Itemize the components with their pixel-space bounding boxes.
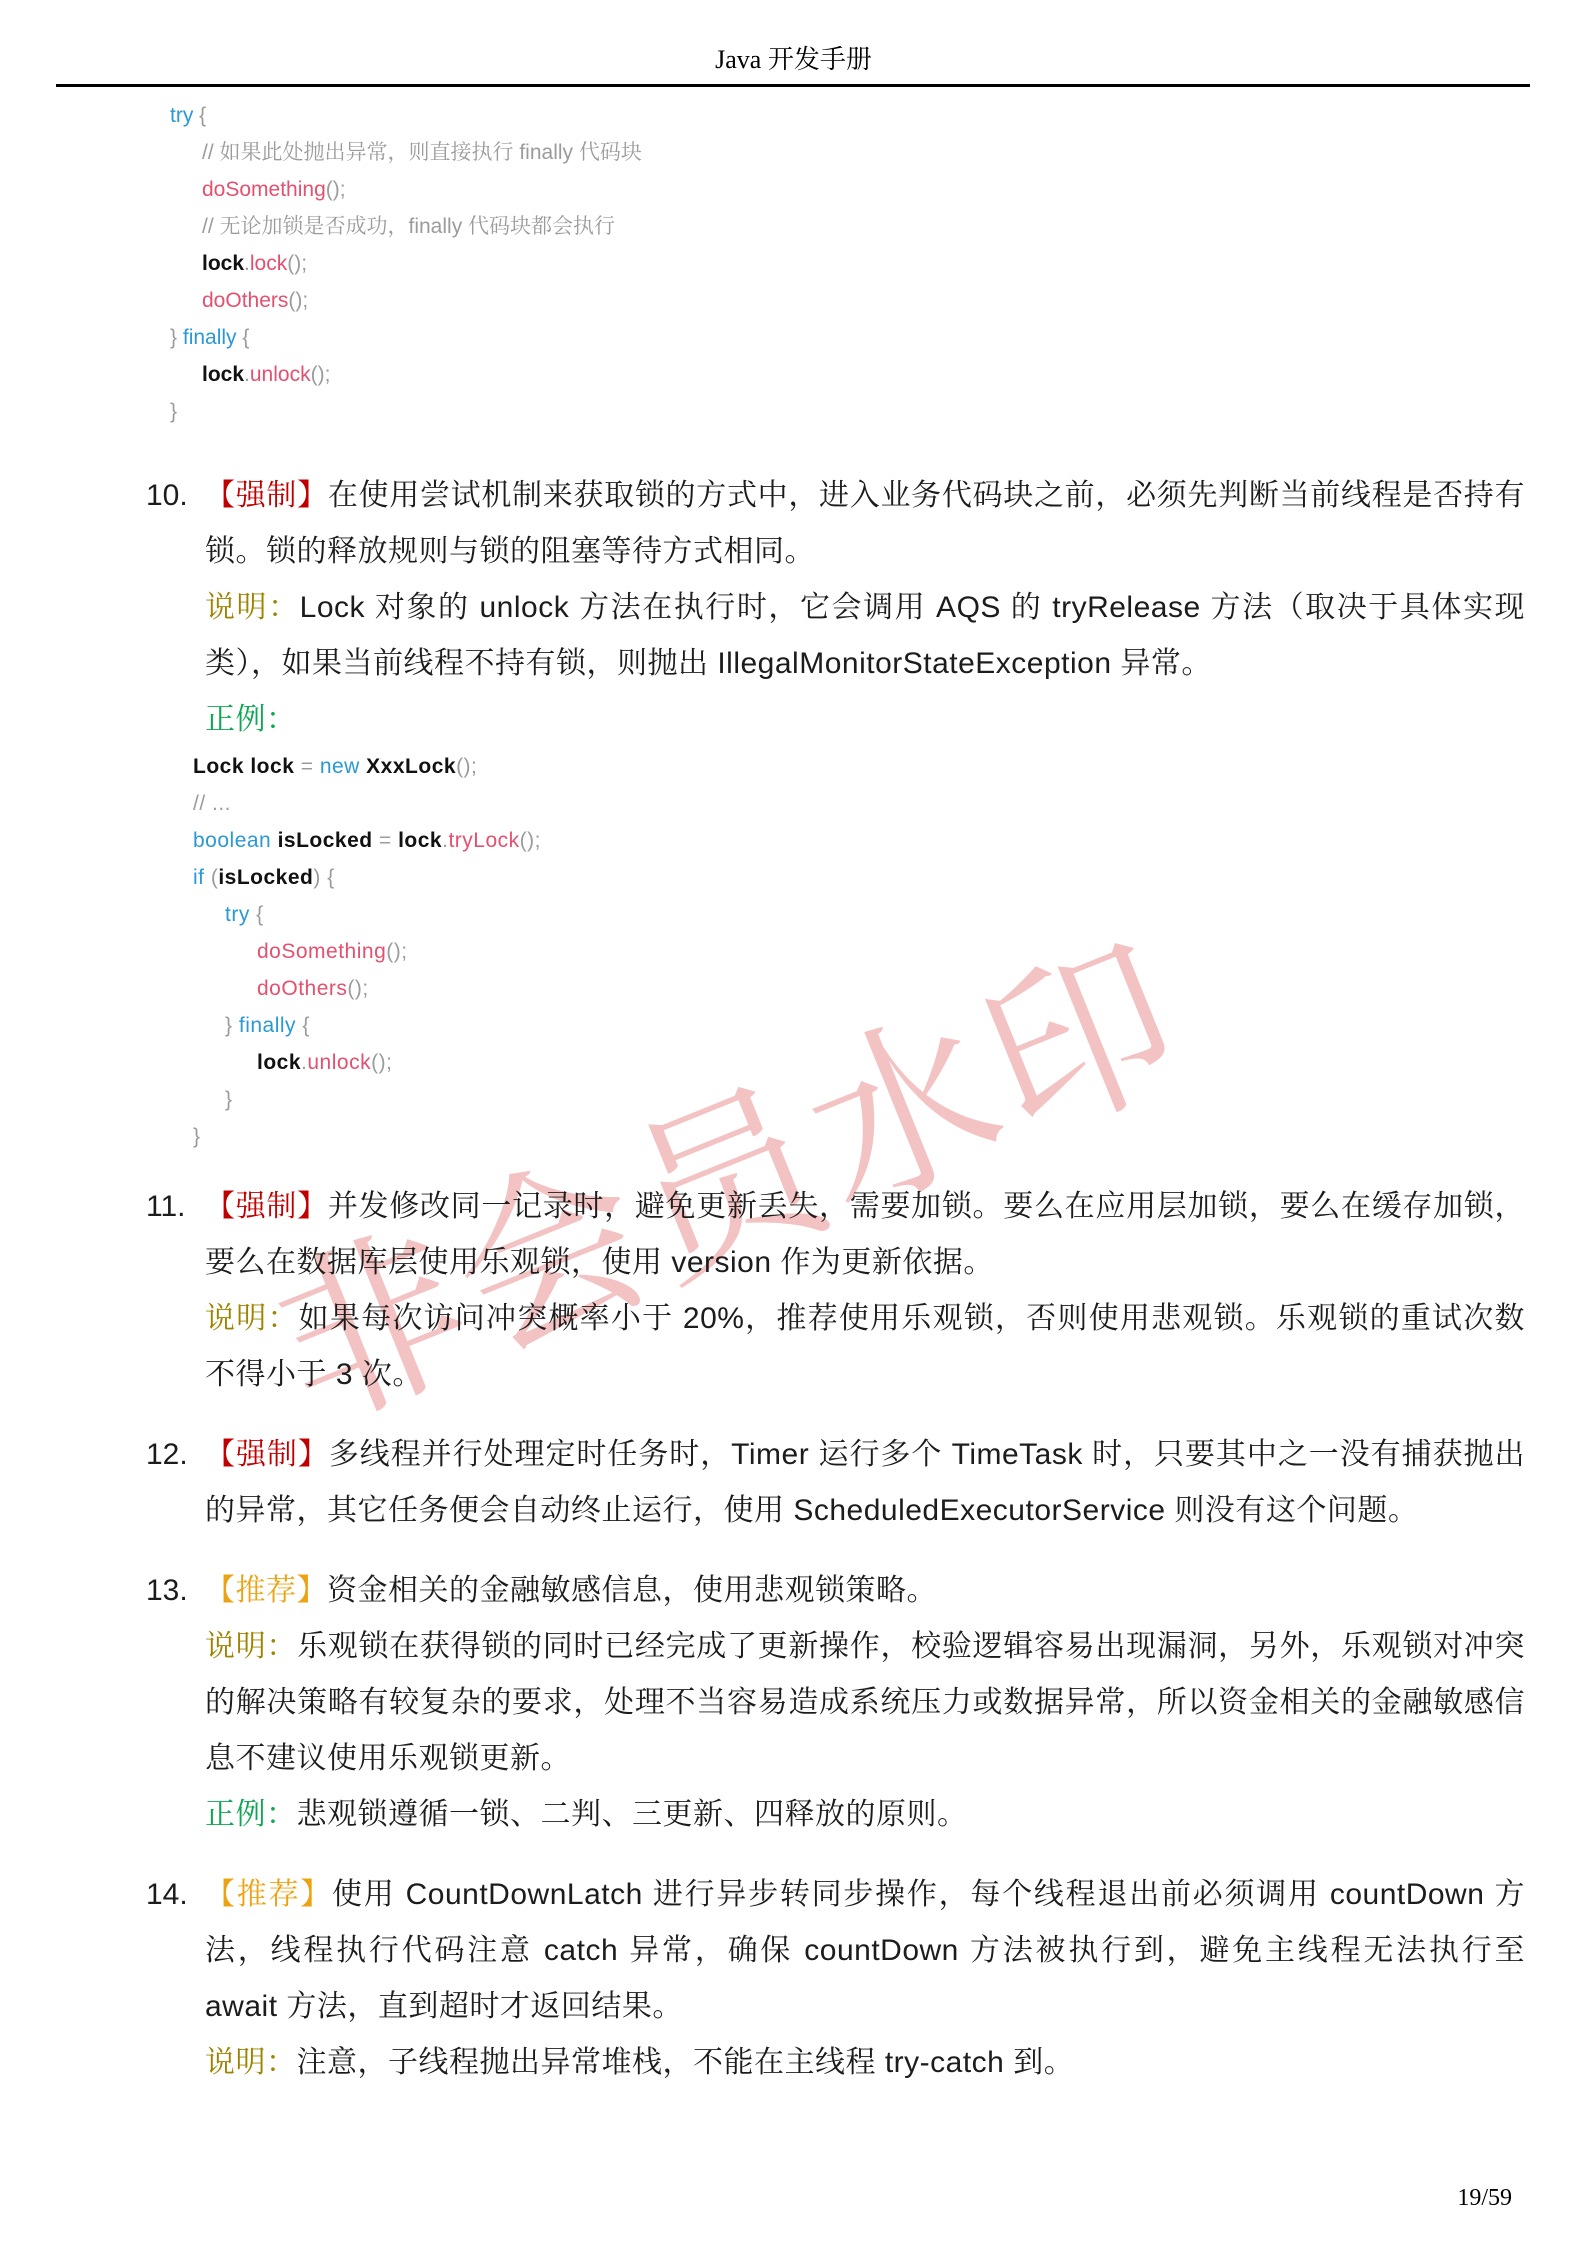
severity-badge-mandatory: 【强制】: [205, 1190, 328, 1223]
item-number: 11.: [146, 1179, 185, 1235]
code-line: try {: [193, 896, 1525, 933]
code-token-pu: ();: [326, 178, 346, 201]
code-line: }: [193, 1081, 1525, 1118]
example-paragraph: 正例：悲观锁遵循一锁、二判、三更新、四释放的原则。: [205, 1787, 1525, 1843]
code-token-id: lock: [398, 829, 442, 852]
document-title: Java 开发手册: [0, 0, 1587, 76]
code-line: doSomething();: [193, 933, 1525, 970]
code-line: // 无论加锁是否成功，finally 代码块都会执行: [170, 208, 1587, 245]
example-label: 正例：: [205, 1798, 297, 1831]
code-token-cm: // 如果此处抛出异常，则直接执行 finally 代码块: [202, 141, 642, 164]
guideline-item-14: 14.【推荐】使用 CountDownLatch 进行异步转同步操作，每个线程退…: [0, 1867, 1525, 2091]
code-token-id: lock: [257, 1051, 301, 1074]
note-paragraph: 说明：如果每次访问冲突概率小于 20%，推荐使用乐观锁，否则使用悲观锁。乐观锁的…: [205, 1291, 1525, 1403]
code-token-kw: try: [225, 903, 250, 926]
code-token-pu: }: [193, 1125, 201, 1148]
code-token-pu: ();: [347, 977, 368, 1000]
note-paragraph: 说明：Lock 对象的 unlock 方法在执行时，它会调用 AQS 的 try…: [205, 580, 1525, 692]
code-token-pu: ();: [311, 363, 331, 386]
code-line: boolean isLocked = lock.tryLock();: [193, 822, 1525, 859]
item-number: 10.: [146, 468, 188, 524]
severity-badge-recommended: 【推荐】: [205, 1574, 327, 1607]
code-line: Lock lock = new XxxLock();: [193, 748, 1525, 785]
code-token-pu: ();: [288, 289, 308, 312]
code-token-fn: tryLock: [448, 829, 519, 852]
item-text: 【强制】多线程并行处理定时任务时，Timer 运行多个 TimeTask 时，只…: [205, 1427, 1525, 1539]
code-token-fn: unlock: [307, 1051, 371, 1074]
note-label: 说明：: [205, 1630, 297, 1663]
code-token-kw: if: [193, 866, 205, 889]
code-token-pu: ();: [386, 940, 407, 963]
severity-badge-recommended: 【推荐】: [205, 1878, 332, 1911]
code-token-pu: ) {: [313, 866, 334, 889]
item-text: 【强制】并发修改同一记录时，避免更新丢失，需要加锁。要么在应用层加锁，要么在缓存…: [205, 1179, 1525, 1291]
code-token-id: lock: [202, 252, 244, 275]
code-token-fn: doOthers: [202, 289, 288, 312]
code-token-fn: unlock: [250, 363, 311, 386]
code-line: } finally {: [170, 319, 1587, 356]
severity-badge-mandatory: 【强制】: [205, 479, 328, 512]
guideline-item-13: 13.【推荐】资金相关的金融敏感信息，使用悲观锁策略。说明：乐观锁在获得锁的同时…: [0, 1563, 1525, 1843]
code-token-id: XxxLock: [360, 755, 456, 778]
code-token-cm: // ...: [193, 792, 231, 815]
code-line: }: [170, 393, 1587, 430]
code-token-id: isLocked: [271, 829, 372, 852]
code-token-pu: (: [205, 866, 219, 889]
code-block-example: Lock lock = new XxxLock();// ...boolean …: [193, 748, 1525, 1155]
code-token-kw: new: [320, 755, 360, 778]
code-token-pu: ();: [287, 252, 307, 275]
item-number: 13.: [146, 1563, 188, 1619]
code-token-fn: doOthers: [257, 977, 347, 1000]
code-token-id: Lock lock: [193, 755, 294, 778]
code-token-pu: {: [250, 903, 264, 926]
guideline-item-11: 11.【强制】并发修改同一记录时，避免更新丢失，需要加锁。要么在应用层加锁，要么…: [0, 1179, 1525, 1403]
note-paragraph: 说明：乐观锁在获得锁的同时已经完成了更新操作，校验逻辑容易出现漏洞，另外，乐观锁…: [205, 1619, 1525, 1787]
code-token-pu: }: [170, 326, 183, 349]
code-line: doSomething();: [170, 171, 1587, 208]
page-header: Java 开发手册: [0, 0, 1587, 87]
code-block-try-finally: try {// 如果此处抛出异常，则直接执行 finally 代码块doSome…: [0, 97, 1587, 430]
code-line: lock.unlock();: [193, 1044, 1525, 1081]
code-token-cm: // 无论加锁是否成功，finally 代码块都会执行: [202, 215, 615, 238]
code-token-pu: =: [373, 829, 398, 852]
code-token-pu: {: [296, 1014, 310, 1037]
page-body: try {// 如果此处抛出异常，则直接执行 finally 代码块doSome…: [0, 97, 1587, 2091]
code-line: doOthers();: [170, 282, 1587, 319]
code-token-kw: try: [170, 104, 193, 127]
document-page: 非会员水印 Java 开发手册 try {// 如果此处抛出异常，则直接执行 f…: [0, 0, 1587, 2245]
code-token-id: isLocked: [218, 866, 313, 889]
item-text: 【推荐】使用 CountDownLatch 进行异步转同步操作，每个线程退出前必…: [205, 1867, 1525, 2035]
code-token-pu: ();: [520, 829, 541, 852]
code-token-pu: {: [193, 104, 206, 127]
code-token-kw: boolean: [193, 829, 271, 852]
code-line: lock.lock();: [170, 245, 1587, 282]
guideline-item-12: 12.【强制】多线程并行处理定时任务时，Timer 运行多个 TimeTask …: [0, 1427, 1525, 1539]
code-line: if (isLocked) {: [193, 859, 1525, 896]
code-line: doOthers();: [193, 970, 1525, 1007]
code-token-pu: {: [237, 326, 250, 349]
code-token-pu: }: [225, 1088, 233, 1111]
page-number: 19/59: [1457, 2185, 1512, 2211]
code-line: // 如果此处抛出异常，则直接执行 finally 代码块: [170, 134, 1587, 171]
guideline-item-10: 10.【强制】在使用尝试机制来获取锁的方式中，进入业务代码块之前，必须先判断当前…: [0, 468, 1525, 1155]
code-line: // ...: [193, 785, 1525, 822]
code-token-fn: doSomething: [257, 940, 386, 963]
header-divider: [56, 84, 1530, 87]
note-paragraph: 说明：注意，子线程抛出异常堆栈，不能在主线程 try-catch 到。: [205, 2035, 1525, 2091]
page-footer: 19/59: [1457, 2185, 1512, 2212]
code-token-fn: doSomething: [202, 178, 326, 201]
code-token-pu: }: [225, 1014, 239, 1037]
severity-badge-mandatory: 【强制】: [205, 1438, 329, 1471]
code-token-pu: ();: [371, 1051, 392, 1074]
note-label: 说明：: [205, 1302, 299, 1335]
item-text: 【强制】在使用尝试机制来获取锁的方式中，进入业务代码块之前，必须先判断当前线程是…: [205, 468, 1525, 580]
code-line: } finally {: [193, 1007, 1525, 1044]
example-label: 正例：: [205, 703, 297, 736]
code-line: }: [193, 1118, 1525, 1155]
example-paragraph: 正例：: [205, 692, 1525, 748]
note-label: 说明：: [205, 591, 300, 624]
code-token-fn: lock: [250, 252, 287, 275]
note-label: 说明：: [205, 2046, 297, 2079]
code-token-kw: finally: [239, 1014, 296, 1037]
item-text: 【推荐】资金相关的金融敏感信息，使用悲观锁策略。: [205, 1563, 1525, 1619]
code-token-id: lock: [202, 363, 244, 386]
item-number: 12.: [146, 1427, 188, 1483]
code-token-kw: finally: [183, 326, 237, 349]
code-token-pu: ();: [456, 755, 477, 778]
code-line: try {: [170, 97, 1587, 134]
item-number: 14.: [146, 1867, 188, 1923]
code-token-pu: =: [294, 755, 319, 778]
code-token-pu: }: [170, 400, 177, 423]
guideline-list: 10.【强制】在使用尝试机制来获取锁的方式中，进入业务代码块之前，必须先判断当前…: [0, 468, 1525, 2091]
code-line: lock.unlock();: [170, 356, 1587, 393]
